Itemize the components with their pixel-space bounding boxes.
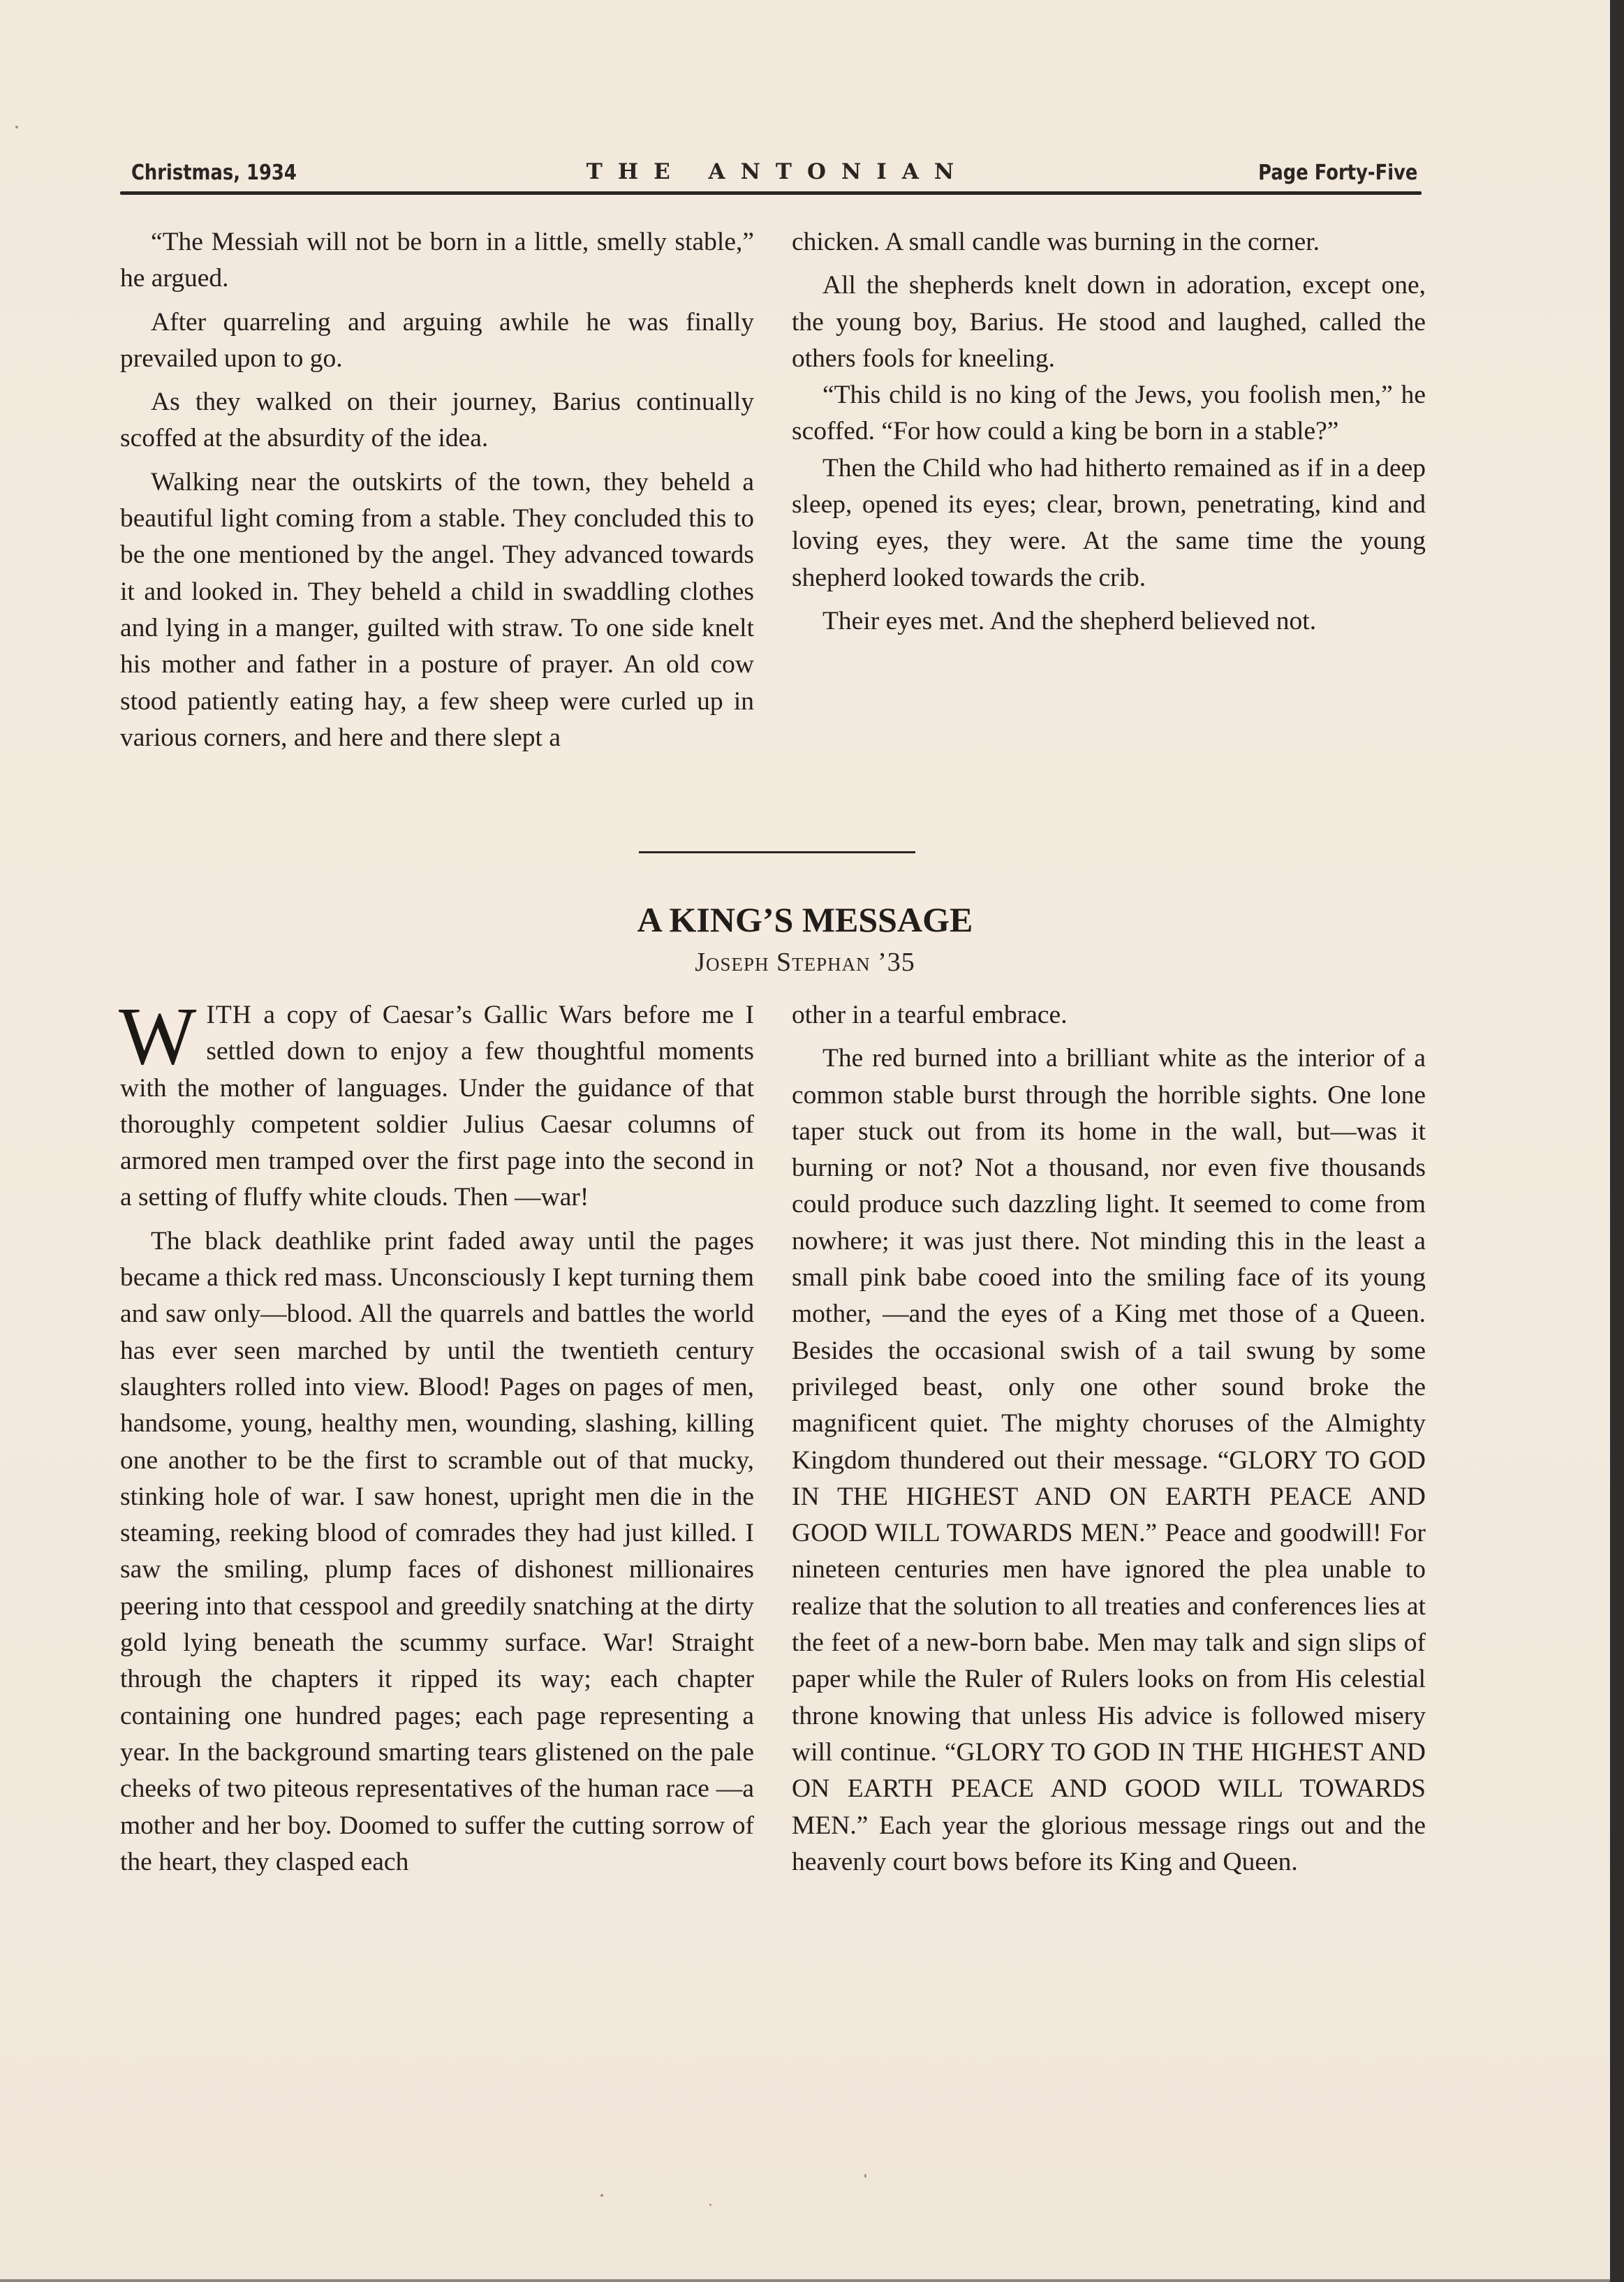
article-byline: Joseph Stephan ’35 [0, 947, 1610, 978]
paper-speck [600, 2194, 603, 2197]
paragraph-text: a copy of Caesar’s Gallic Wars before me… [120, 1001, 754, 1212]
article-title: A KING’S MESSAGE [0, 899, 1610, 940]
opening-paragraph: WITH a copy of Caesar’s Gallic Wars befo… [120, 997, 754, 1216]
header-rule [120, 191, 1422, 195]
article-right-column: other in a tearful embrace. The red burn… [792, 997, 1426, 1880]
binding-edge [1610, 0, 1624, 2282]
paragraph: Their eyes met. And the shepherd believe… [792, 603, 1426, 640]
page-bottom-edge [0, 2279, 1610, 2282]
running-header: Christmas, 1934 THE ANTONIAN Page Forty-… [119, 158, 1422, 189]
page-number: Page Forty-Five [1258, 161, 1417, 185]
paragraph: The red burned into a brilliant white as… [792, 1040, 1426, 1880]
paragraph: As they walked on their journey, Barius … [120, 384, 754, 457]
paper-speck [709, 2204, 711, 2206]
paragraph: After quarreling and arguing awhile he w… [120, 304, 754, 378]
section-separator [639, 851, 915, 853]
paragraph: The black deathlike print faded away unt… [120, 1223, 754, 1880]
paragraph: “This child is no king of the Jews, you … [792, 377, 1426, 450]
article-left-column: WITH a copy of Caesar’s Gallic Wars befo… [120, 997, 754, 1880]
drop-cap: W [119, 1006, 196, 1070]
paragraph: Then the Child who had hitherto remained… [792, 450, 1426, 596]
magazine-page: Christmas, 1934 THE ANTONIAN Page Forty-… [0, 0, 1610, 2282]
previous-story-left-column: “The Messiah will not be born in a littl… [120, 224, 754, 756]
previous-story-right-column: chicken. A small candle was burning in t… [792, 224, 1426, 640]
lead-caps: ITH [206, 1001, 251, 1029]
publication-title: THE ANTONIAN [119, 159, 1422, 184]
paragraph: All the shepherds knelt down in adoratio… [792, 267, 1426, 377]
paper-speck [15, 126, 18, 128]
paragraph: “The Messiah will not be born in a littl… [120, 224, 754, 297]
paper-speck [864, 2174, 866, 2178]
paragraph: chicken. A small candle was burning in t… [792, 224, 1426, 260]
paragraph: other in a tearful embrace. [792, 997, 1426, 1033]
paragraph: Walking near the outskirts of the town, … [120, 464, 754, 756]
